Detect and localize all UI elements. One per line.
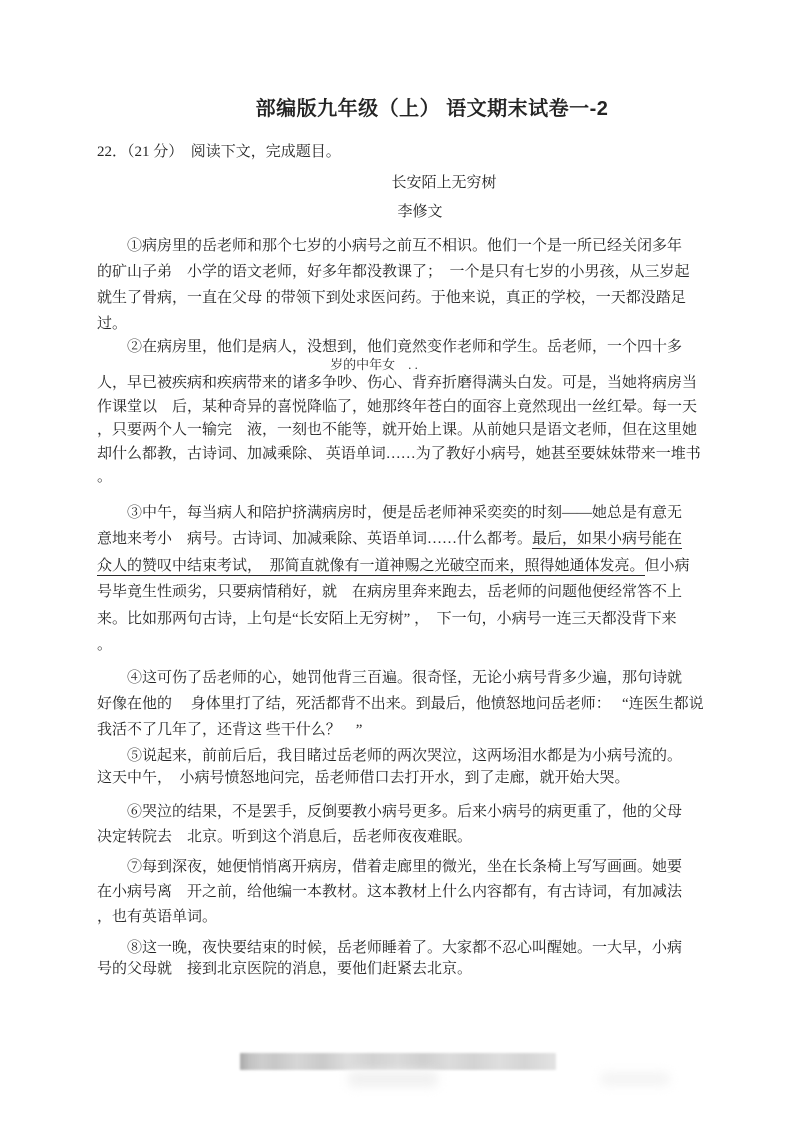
text-line: 号毕竟生性顽劣，只要病情稍好，就 在病房里奔来跑去，岳老师的问题他便经常答不上 — [97, 579, 703, 606]
underlined-segment: 最后，如果小病号能在 — [532, 531, 682, 549]
text-line: 决定转院去 北京。听到这个消息后，岳老师夜夜难眠。 — [97, 825, 703, 850]
question-number-line: 22．（21 分） 阅读下文，完成题目。 — [97, 143, 703, 162]
text-line: 这天中午， 小病号愤怒地问完，岳老师借口去打开水，到了走廊，就开始大哭。 — [97, 767, 703, 789]
text-line: ⑧这一晚，夜快要结束的时候，岳老师睡着了。大家都不忍心叫醒她。一大早，小病 — [97, 938, 703, 959]
text-line: 好像在他的 身体里打了结，死活都背不出来。到最后，他愤怒地问岳老师： “连医生都… — [97, 691, 703, 717]
text-line: 。 — [97, 466, 703, 490]
text-line: 来。比如那两句古诗，上句是“长安陌上无穷树” ， 下一句，小病号一连三天都没背下… — [97, 606, 703, 633]
text-line: ⑦每到深夜，她便悄悄离开病房，借着走廊里的微光，坐在长条椅上写写画画。她要 — [97, 855, 703, 880]
text-line: ④这可伤了岳老师的心，她罚他背三百遍。很奇怪，无论小病号背多少遍，那句诗就 — [97, 665, 703, 691]
text-segment: 意地来考小 病号。古诗词、加减乘除、英语单词……什么都考。 — [97, 531, 532, 547]
text-line: ①病房里的岳老师和那个七岁的小病号之前互不相识。他们一个是一所已经关闭多年 — [97, 233, 703, 259]
interline-artifact-text: 岁的中年女 . . — [97, 357, 703, 372]
text-line: 。 — [97, 632, 703, 659]
text-line: 的矿山子弟 小学的语文老师，好多年都没教课了； 一个是只有七岁的小男孩，从三岁起 — [97, 259, 703, 285]
text-line: 我活不了几年了，还背这 些干什么？ ” — [97, 717, 703, 743]
text-line: ，只要两个人一输完 液，一刻也不能等，就开始上课。从前她只是语文老师，但在这里她 — [97, 419, 703, 443]
text-line: ③中午，每当病人和陪护挤满病房时，便是岳老师神采奕奕的时刻——她总是有意无 — [97, 500, 703, 527]
underlined-segment: 众人的赞叹中结束考试， 那简直就像有一道神赐之光破空而来，照得她通体发亮。 — [97, 558, 645, 576]
text-line: 意地来考小 病号。古诗词、加减乘除、英语单词……什么都考。最后，如果小病号能在 — [97, 526, 703, 553]
text-line: 作课堂以 后，某种奇异的喜悦降临了，她那终年苍白的面容上竟然现出一丝红晕。每一天 — [97, 396, 703, 420]
paragraph-5: ⑤说起来，前前后后，我目睹过岳老师的两次哭泣，这两场泪水都是为小病号流的。 这天… — [97, 745, 703, 789]
document-content: 部编版九年级（上） 语文期末试卷一-2 22．（21 分） 阅读下文，完成题目。… — [97, 0, 703, 980]
text-line: ⑥哭泣的结果，不是罢手，反倒要教小病号更多。后来小病号的病更重了，他的父母 — [97, 800, 703, 825]
text-line: ②在病房里，他们是病人，没想到，他们竟然变作老师和学生。岳老师，一个四十多 — [97, 337, 703, 357]
text-line: 号的父母就 接到北京医院的消息，要他们赶紧去北京。 — [97, 959, 703, 980]
paragraph-4: ④这可伤了岳老师的心，她罚他背三百遍。很奇怪，无论小病号背多少遍，那句诗就 好像… — [97, 665, 703, 743]
paragraph-2: ②在病房里，他们是病人，没想到，他们竟然变作老师和学生。岳老师，一个四十多 岁的… — [97, 337, 703, 490]
paragraph-7: ⑦每到深夜，她便悄悄离开病房，借着走廊里的微光，坐在长条椅上写写画画。她要 在小… — [97, 855, 703, 930]
text-line: 却什么都教，古诗词、加减乘除、 英语单词……为了教好小病号，她甚至要妹妹带来一堆… — [97, 443, 703, 467]
essay-author: 李修文 — [97, 203, 703, 222]
text-line: 在小病号离 开之前，给他编一本教材。这本教材上什么内容都有，有古诗词，有加减法 — [97, 880, 703, 905]
paragraph-8: ⑧这一晚，夜快要结束的时候，岳老师睡着了。大家都不忍心叫醒她。一大早，小病 号的… — [97, 938, 703, 980]
text-line: ，也有英语单词。 — [97, 905, 703, 930]
text-line: 就生了骨病，一直在父母 的带领下到处求医问药。于他来说，真正的学校，一天都没踏足 — [97, 285, 703, 311]
paragraph-3: ③中午，每当病人和陪护挤满病房时，便是岳老师神采奕奕的时刻——她总是有意无 意地… — [97, 500, 703, 659]
text-line: ⑤说起来，前前后后，我目睹过岳老师的两次哭泣，这两场泪水都是为小病号流的。 — [97, 745, 703, 767]
watermark-smudge — [600, 1072, 670, 1086]
text-segment: 但小病 — [645, 558, 690, 574]
document-title: 部编版九年级（上） 语文期末试卷一-2 — [97, 96, 703, 122]
text-line: 人，早已被疾病和疾病带来的诸多争吵、伤心、背弃折磨得满头白发。可是，当她将病房当 — [97, 372, 703, 396]
essay-title: 长安陌上无穷树 — [97, 174, 703, 193]
exam-paper-page: 部编版九年级（上） 语文期末试卷一-2 22．（21 分） 阅读下文，完成题目。… — [0, 0, 793, 1122]
text-line: 众人的赞叹中结束考试， 那简直就像有一道神赐之光破空而来，照得她通体发亮。但小病 — [97, 553, 703, 580]
paragraph-1: ①病房里的岳老师和那个七岁的小病号之前互不相识。他们一个是一所已经关闭多年 的矿… — [97, 233, 703, 337]
paragraph-6: ⑥哭泣的结果，不是罢手，反倒要教小病号更多。后来小病号的病更重了，他的父母 决定… — [97, 800, 703, 850]
blurred-watermark-bar — [240, 1053, 556, 1070]
text-line: 过。 — [97, 311, 703, 337]
watermark-smudge — [348, 1071, 438, 1087]
